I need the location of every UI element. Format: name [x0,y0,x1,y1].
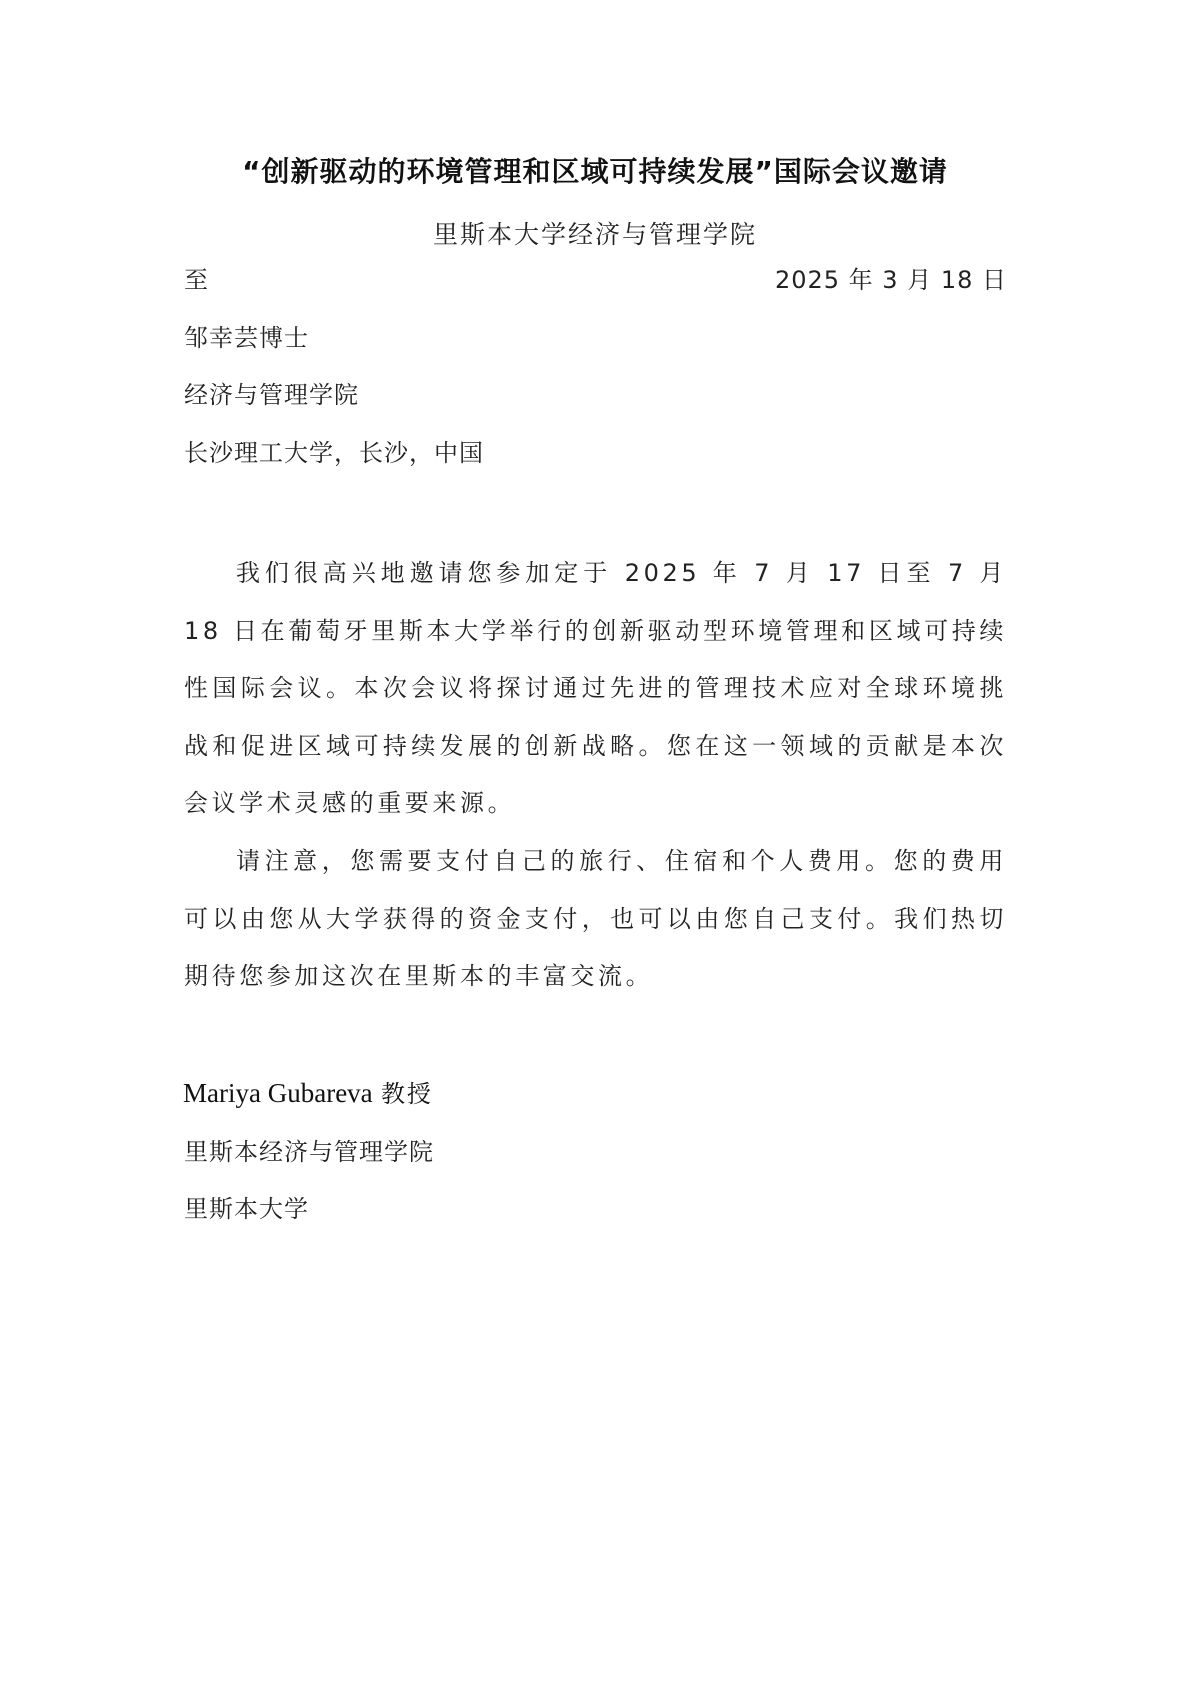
recipient-institution: 长沙理工大学，长沙，中国 [184,435,484,471]
signature-name-line: Mariya Gubareva 教授 [183,1075,433,1112]
signatory-name: Mariya Gubareva [183,1078,373,1108]
letter-page: “创新驱动的环境管理和区域可持续发展”国际会议邀请 里斯本大学经济与管理学院 至… [0,0,1190,1683]
letter-title: “创新驱动的环境管理和区域可持续发展”国际会议邀请 [0,152,1190,192]
letter-date: 2025 年 3 月 18 日 [775,262,1007,298]
signatory-title: 教授 [381,1080,433,1108]
recipient-department: 经济与管理学院 [184,377,359,413]
recipient-name: 邹幸芸博士 [184,320,309,356]
salutation-to: 至 [184,262,209,298]
signatory-university: 里斯本大学 [184,1191,309,1227]
body-paragraph-expenses: 请注意，您需要支付自己的旅行、住宿和个人费用。您的费用可以由您从大学获得的资金支… [184,833,1007,1006]
body-paragraph-invitation: 我们很高兴地邀请您参加定于 2025 年 7 月 17 日至 7 月 18 日在… [184,545,1007,833]
issuer-institution: 里斯本大学经济与管理学院 [0,217,1190,253]
signatory-school: 里斯本经济与管理学院 [184,1134,434,1170]
